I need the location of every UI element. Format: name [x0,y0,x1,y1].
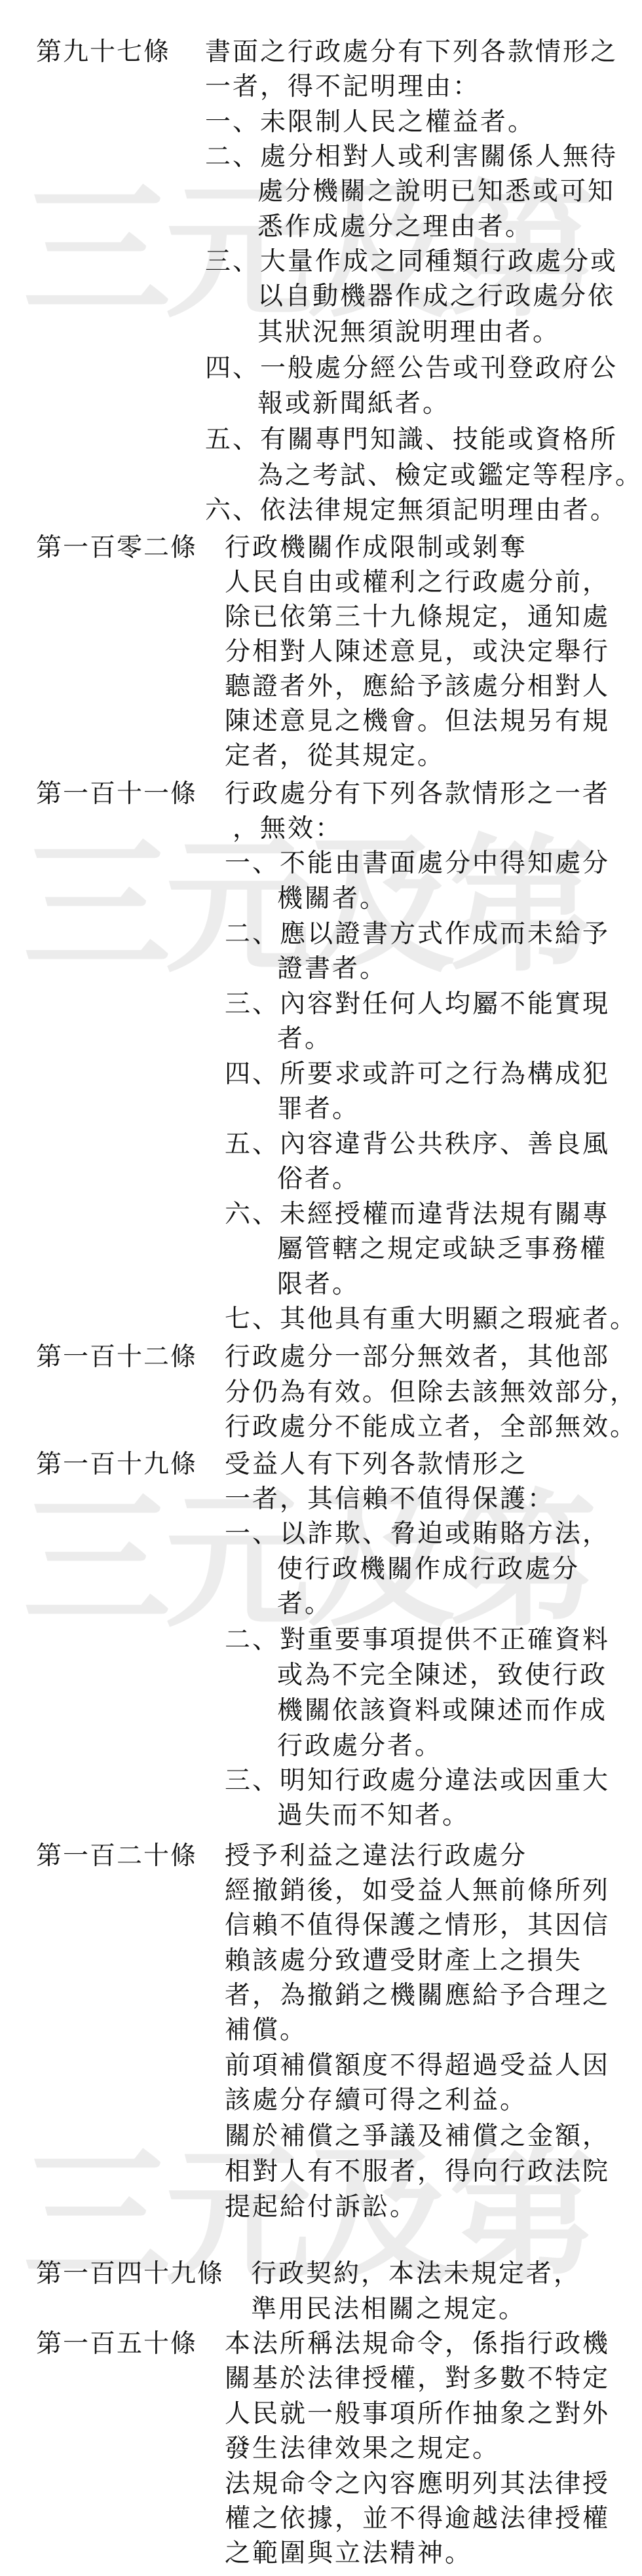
article-text-line: 七、其他具有重大明顯之瑕疵者。 [225,1304,637,1334]
article-text-line: 行政處分者。 [277,1731,442,1761]
article-text-line: 本法所稱法規命令，係指行政機 [225,2329,610,2359]
article-text-line: 四、一般處分經公告或刊登政府公 [205,354,618,384]
article-text-line: 其狀況無須說明理由者。 [257,318,560,348]
article-text-line: 經撤銷後，如受益人無前條所列 [225,1876,610,1906]
article-text-line: 一、不能由書面處分中得知處分 [225,849,610,879]
article-text-line: 賴該處分致遭受財產上之損失 [225,1946,582,1976]
article-text-line: 定者，從其規定。 [225,741,445,771]
article-text-line: 三、明知行政處分違法或因重大 [225,1766,610,1796]
article-text-line: 限者。 [277,1270,360,1300]
article-text-line: 補償。 [225,2015,307,2046]
article-text-line: 六、未經授權而違背法規有關專 [225,1200,610,1230]
article-text-line: 陳述意見之機會。但法規另有規 [225,707,610,737]
article-text-line: 行政處分不能成立者，全部無效。 [225,1412,637,1443]
article-text-line: 以自動機器作成之行政處分依 [257,282,615,312]
article-text-line: 一、以詐欺、脅迫或賄賂方法， [225,1519,610,1549]
article-text-line: 處分機關之說明已知悉或可知 [257,177,615,207]
article-text-line: 機關依該資料或陳述而作成 [277,1696,607,1726]
article-text-line: 關於補償之爭議及補償之金額， [225,2122,610,2152]
article-text-line: 過失而不知者。 [277,1801,470,1831]
article-text-line: 三、大量作成之同種類行政處分或 [205,247,618,277]
article-text-line: 相對人有不服者，得向行政法院 [225,2157,610,2187]
article-text-line: 三、內容對任何人均屬不能實現 [225,989,610,1020]
article-text-line: 受益人有下列各款情形之 [225,1450,527,1480]
article-text-line: 六、依法律規定無須記明理由者。 [205,496,618,526]
article-text-line: 者。 [277,1024,332,1054]
article-text-line: 二、應以證書方式作成而未給予 [225,919,610,949]
article-text-line: 者，為撤銷之機關應給予合理之 [225,1981,610,2011]
article-number: 第一百十一條 [36,779,197,809]
article-text-line: 行政處分有下列各款情形之一者 [225,779,610,809]
article-text-line: 行政機關作成限制或剝奪 [225,533,527,563]
article-text-line: 聽證者外，應給予該處分相對人 [225,672,610,702]
article-text-line: 權之依據，並不得逾越法律授權 [225,2504,610,2534]
article-text-line: 書面之行政處分有下列各款情形之 [205,37,618,67]
article-text-line: 關基於法律授權，對多數不特定 [225,2364,610,2394]
article-number: 第一百十九條 [36,1450,197,1480]
article-text-line: 機關者。 [277,884,387,914]
article-text-line: 人民就一般事項所作抽象之對外 [225,2399,610,2429]
article-number: 第一百四十九條 [36,2259,224,2289]
article-text-line: 罪者。 [277,1094,360,1124]
article-text-line: 人民自由或權利之行政處分前， [225,568,610,598]
article-text-line: 信賴不值得保護之情形，其因信 [225,1911,610,1941]
article-number: 第一百十二條 [36,1342,197,1372]
article-text-line: 除已依第三十九條規定，通知處 [225,602,610,633]
article-text-line: 證書者。 [277,954,387,984]
article-number: 第一百零二條 [36,533,197,563]
article-text-line: 報或新聞紙者。 [257,389,450,419]
article-text-line: 準用民法相關之規定。 [251,2294,526,2325]
article-text-line: 五、有關專門知識、技能或資格所 [205,425,618,455]
article-number: 第一百五十條 [36,2329,197,2359]
article-text-line: 法規命令之內容應明列其法律授 [225,2469,610,2499]
article-text-line: 行政處分一部分無效者，其他部 [225,1342,610,1372]
article-number: 第一百二十條 [36,1841,197,1871]
article-text-line: 分相對人陳述意見，或決定舉行 [225,637,610,667]
article-text-line: 一者，得不記明理由： [205,72,480,102]
article-text-line: 或為不完全陳述，致使行政 [277,1661,607,1691]
article-text-line: 五、內容違背公共秩序、善良風 [225,1130,610,1160]
article-text-line: 前項補償額度不得超過受益人因 [225,2051,610,2081]
article-text-line: 一者，其信賴不值得保護： [225,1484,555,1515]
article-text-line: 使行政機關作成行政處分 [277,1555,580,1585]
article-number: 第九十七條 [36,37,170,67]
article-text-line: 行政契約，本法未規定者， [251,2259,581,2289]
article-text-line: 一、未限制人民之權益者。 [205,107,535,138]
article-text-line: 二、對重要事項提供不正確資料 [225,1625,610,1655]
article-text-line: 悉作成處分之理由者。 [257,212,533,242]
article-text-line: ，無效： [233,814,343,844]
article-text-line: 分仍為有效。但除去該無效部分， [225,1378,637,1408]
article-text-line: 發生法律效果之規定。 [225,2434,500,2464]
article-text-line: 二、處分相對人或利害關係人無待 [205,142,618,172]
article-text-line: 提起給付訴訟。 [225,2192,417,2222]
article-text-line: 之範圍與立法精神。 [225,2539,472,2569]
article-text-line: 俗者。 [277,1164,360,1194]
article-text-line: 授予利益之違法行政處分 [225,1841,527,1871]
article-text-line: 四、所要求或許可之行為構成犯 [225,1059,610,1090]
article-text-line: 屬管轄之規定或缺乏事務權 [277,1234,607,1264]
article-text-line: 者。 [277,1589,332,1619]
article-text-line: 該處分存續可得之利益。 [225,2086,527,2116]
article-text-line: 為之考試、檢定或鑑定等程序。 [257,461,642,491]
